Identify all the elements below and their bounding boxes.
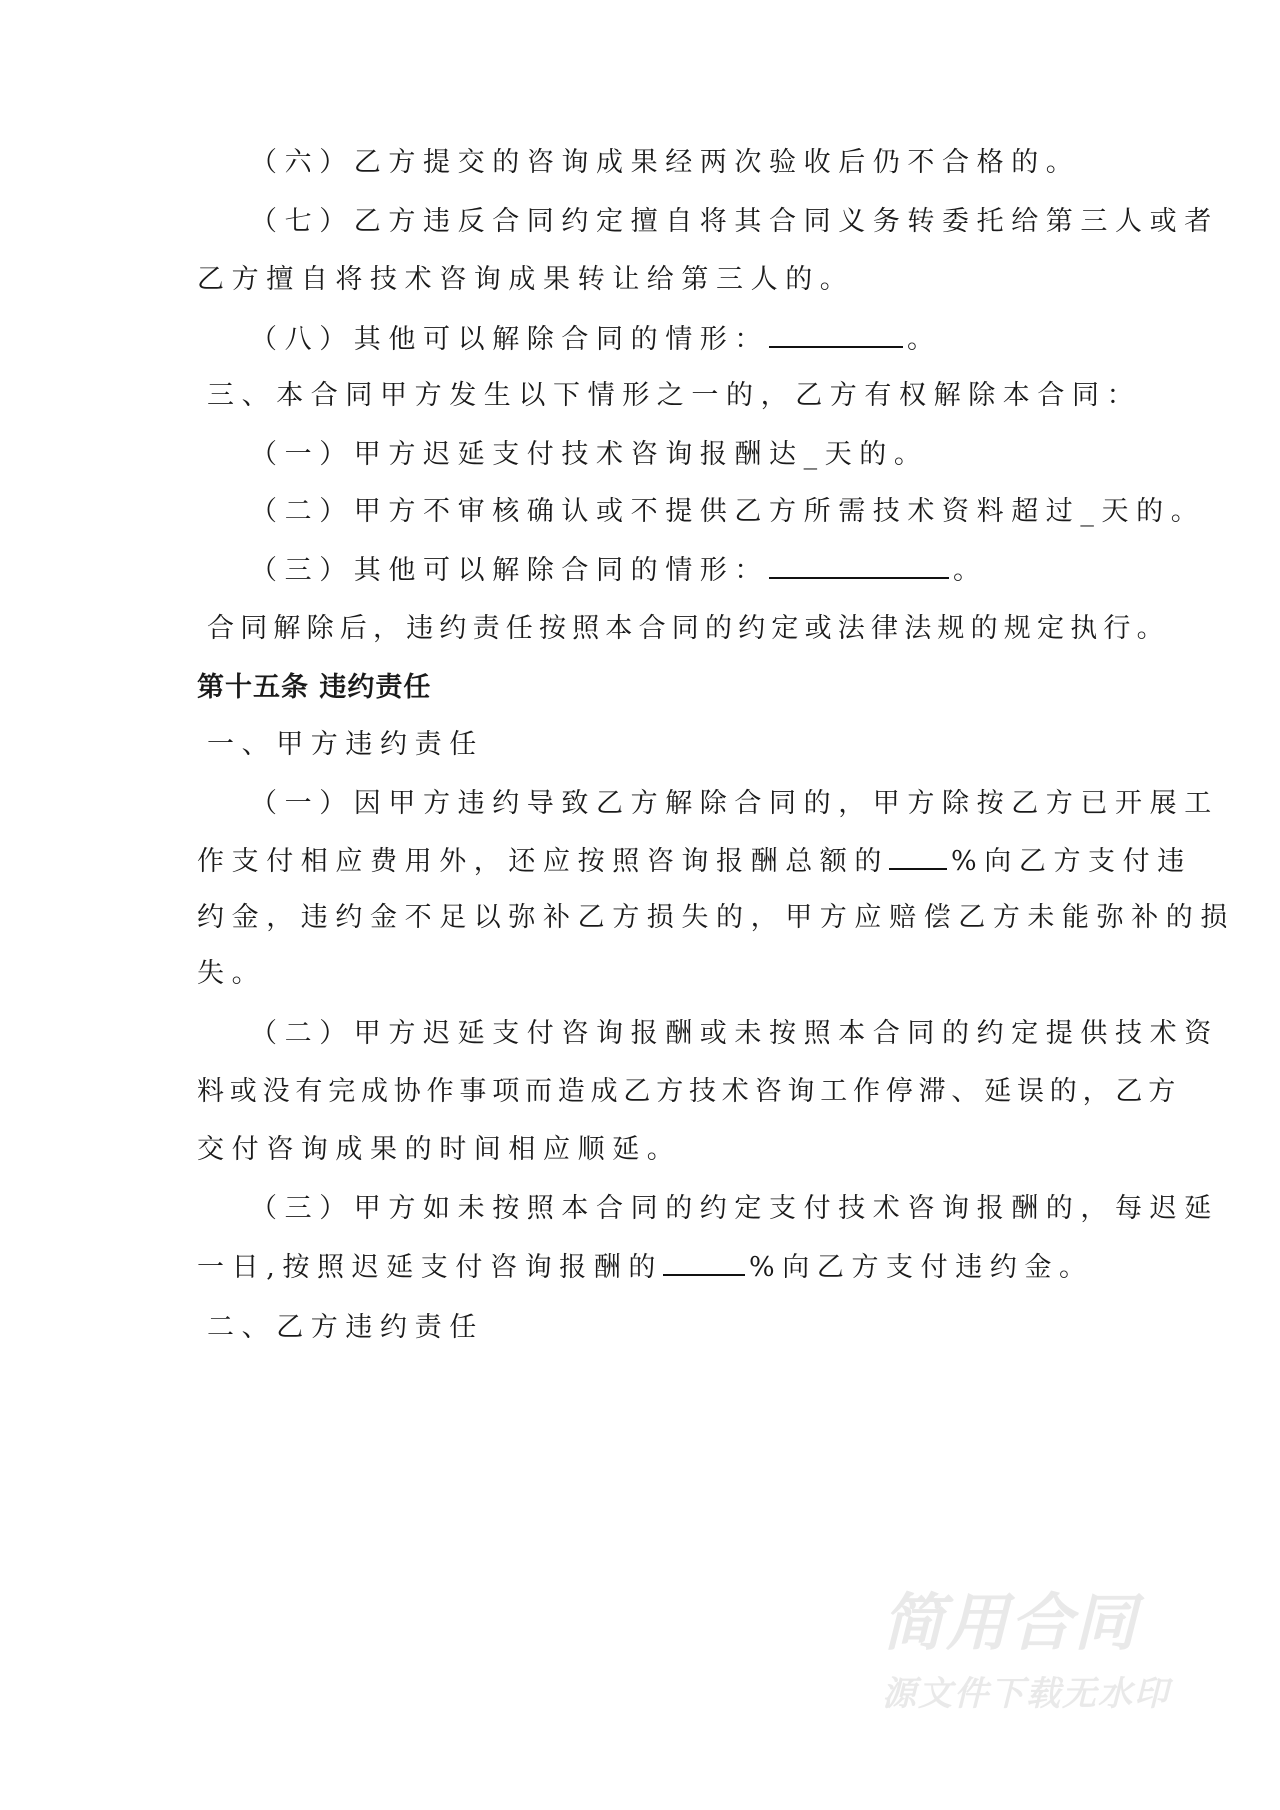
percentage-blank[interactable] — [663, 1248, 745, 1276]
party-a-item-3: （三）其他可以解除合同的情形：。 — [250, 551, 1085, 591]
liability-a-item-2-line-2: 料或没有完成协作事项而造成乙方技术咨询工作停滞、延误的，乙方 — [197, 1072, 1085, 1112]
clause-item-8-text: （八）其他可以解除合同的情形： — [250, 324, 769, 355]
liability-a-item-1-line-2: 作支付相应费用外，还应按照咨询报酬总额的%向乙方支付违 — [197, 842, 1085, 882]
liability-a-item-3-line-1: （三）甲方如未按照本合同的约定支付技术咨询报酬的，每迟延 — [250, 1189, 1085, 1229]
liability-a-item-1-line-1: （一）因甲方违约导致乙方解除合同的，甲方除按乙方已开展工 — [250, 784, 1085, 824]
liability-a-item-3-line-2: 一日,按照迟延支付咨询报酬的%向乙方支付违约金。 — [197, 1248, 1085, 1288]
liability-a-item-2-line-3: 交付咨询成果的时间相应顺延。 — [197, 1130, 1085, 1170]
party-a-item-3-end: 。 — [953, 555, 988, 586]
fill-in-blank[interactable] — [769, 320, 903, 348]
clause-item-7-line-1: （七）乙方违反合同约定擅自将其合同义务转委托给第三人或者 — [250, 202, 1085, 242]
clause-item-8: （八）其他可以解除合同的情形：。 — [250, 320, 1085, 360]
termination-consequence: 合同解除后，违约责任按照本合同的约定或法律法规的规定执行。 — [207, 609, 1095, 649]
party-a-item-3-text: （三）其他可以解除合同的情形： — [250, 555, 769, 586]
liability-a-item-3-text: 一日,按照迟延支付咨询报酬的 — [197, 1252, 663, 1283]
party-b-liability-heading: 二、乙方违约责任 — [207, 1308, 1095, 1348]
party-a-item-2: （二）甲方不审核确认或不提供乙方所需技术资料超过_天的。 — [250, 492, 1085, 532]
liability-a-item-2-line-1: （二）甲方迟延支付咨询报酬或未按照本合同的约定提供技术资 — [250, 1014, 1085, 1054]
watermark-brand: 简用合同 — [882, 1588, 1202, 1658]
party-a-item-1: （一）甲方迟延支付技术咨询报酬达_天的。 — [250, 435, 1085, 475]
article-15-heading: 第十五条 违约责任 — [197, 668, 1085, 708]
fill-in-blank[interactable] — [769, 551, 949, 579]
watermark: 简用合同 源文件下载无水印 — [882, 1588, 1202, 1716]
section-3-intro: 三、本合同甲方发生以下情形之一的，乙方有权解除本合同： — [207, 376, 1095, 416]
percentage-blank[interactable] — [889, 842, 947, 870]
clause-item-8-end: 。 — [907, 324, 942, 355]
liability-a-item-1-cont: %向乙方支付违 — [951, 846, 1192, 877]
liability-a-item-3-cont: %向乙方支付违约金。 — [749, 1252, 1094, 1283]
document-page: （六）乙方提交的咨询成果经两次验收后仍不合格的。 （七）乙方违反合同约定擅自将其… — [0, 0, 1280, 1810]
clause-item-7-line-2: 乙方擅自将技术咨询成果转让给第三人的。 — [197, 260, 1085, 300]
liability-a-item-1-line-3: 约金，违约金不足以弥补乙方损失的，甲方应赔偿乙方未能弥补的损 — [197, 898, 1085, 938]
liability-a-item-1-line-4: 失。 — [197, 954, 1085, 994]
liability-a-item-1-text: 作支付相应费用外，还应按照咨询报酬总额的 — [197, 846, 889, 877]
watermark-tagline: 源文件下载无水印 — [882, 1672, 1202, 1716]
clause-item-6: （六）乙方提交的咨询成果经两次验收后仍不合格的。 — [250, 143, 1085, 183]
party-a-liability-heading: 一、甲方违约责任 — [207, 725, 1095, 765]
